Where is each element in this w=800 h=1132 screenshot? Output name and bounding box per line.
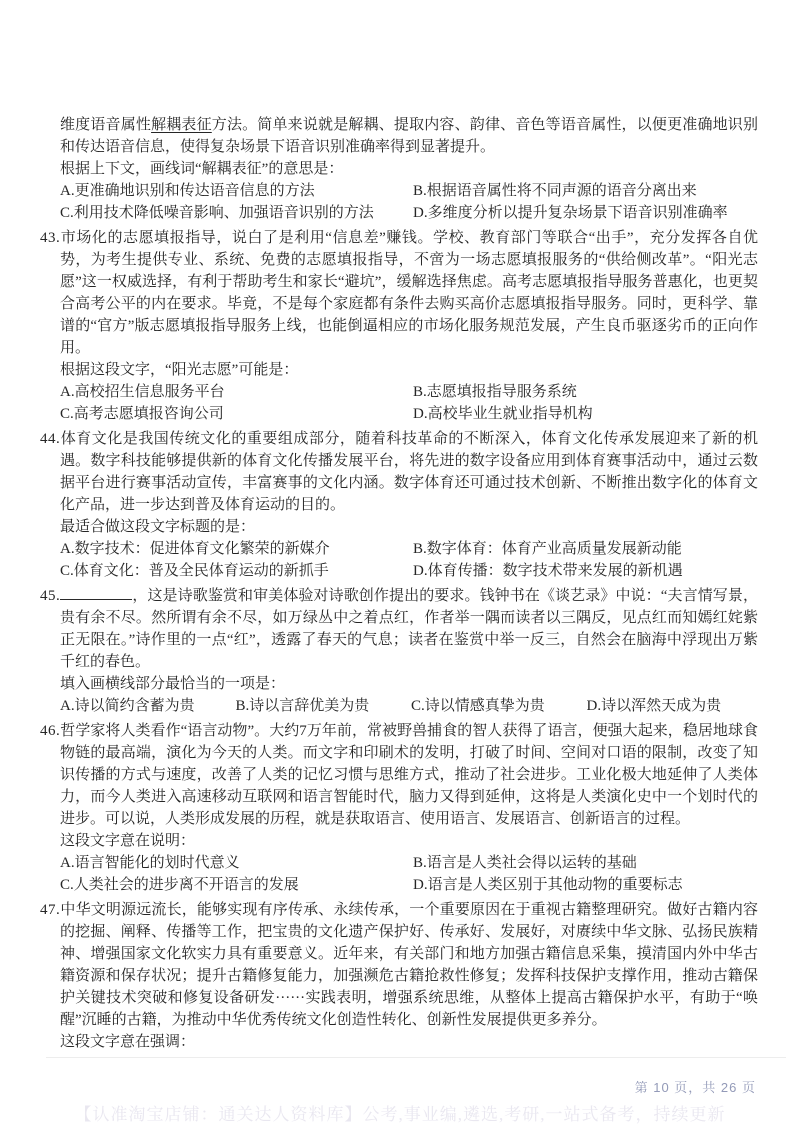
question-stem: 根据这段文字，“阳光志愿”可能是： bbox=[60, 359, 758, 381]
option-b: B.语言是人类社会得以运转的基础 bbox=[413, 852, 758, 874]
question-passage: 43.市场化的志愿填报指导，说白了是利用“信息差”赚钱。学校、教育部门等联合“出… bbox=[60, 227, 758, 359]
question-stem: 最适合做这段文字标题的是： bbox=[60, 516, 758, 538]
question-passage: 45.，这是诗歌鉴赏和审美体验对诗歌创作提出的要求。钱钟书在《谈艺录》中说：“夫… bbox=[60, 585, 758, 673]
question-stem: 这段文字意在说明： bbox=[60, 830, 758, 852]
option-c: C.高考志愿填报咨询公司 bbox=[60, 403, 405, 425]
question-block-45: 45.，这是诗歌鉴赏和审美体验对诗歌创作提出的要求。钱钟书在《谈艺录》中说：“夫… bbox=[60, 585, 758, 717]
question-passage: 44.体育文化是我国传统文化的重要组成部分，随着科技革命的不断深入，体育文化传承… bbox=[60, 428, 758, 516]
option-a: A.数字技术：促进体育文化繁荣的新媒介 bbox=[60, 538, 405, 560]
option-d: D.多维度分析以提升复杂场景下语音识别准确率 bbox=[413, 202, 758, 224]
question-number: 46. bbox=[40, 723, 60, 739]
passage-text: 体育文化是我国传统文化的重要组成部分，随着科技革命的不断深入，体育文化传承发展迎… bbox=[60, 431, 758, 513]
passage-text: ，这是诗歌鉴赏和审美体验对诗歌创作提出的要求。钱钟书在《谈艺录》中说：“夫言情写… bbox=[60, 588, 758, 670]
page-number: 第 10 页，共 26 页 bbox=[635, 1077, 756, 1096]
passage-text: 哲学家将人类看作“语言动物”。大约7万年前，常被野兽捕食的智人获得了语言，便强大… bbox=[60, 723, 758, 827]
question-block-43: 43.市场化的志愿填报指导，说白了是利用“信息差”赚钱。学校、教育部门等联合“出… bbox=[60, 227, 758, 425]
question-block-continuation: 维度语音属性解耦表征方法。简单来说就是解耦、提取内容、韵律、音色等语音属性，以便… bbox=[60, 114, 758, 224]
question-number: 45. bbox=[40, 588, 60, 604]
passage-text: 市场化的志愿填报指导，说白了是利用“信息差”赚钱。学校、教育部门等联合“出手”，… bbox=[60, 230, 758, 356]
question-block-44: 44.体育文化是我国传统文化的重要组成部分，随着科技革命的不断深入，体育文化传承… bbox=[60, 428, 758, 582]
option-d: D.语言是人类区别于其他动物的重要标志 bbox=[413, 874, 758, 896]
options-grid: A.诗以简约含蓄为贵 B.诗以言辞优美为贵 C.诗以情感真挚为贵 D.诗以浑然天… bbox=[60, 695, 758, 717]
option-c: C.人类社会的进步离不开语言的发展 bbox=[60, 874, 405, 896]
exam-page-content: 维度语音属性解耦表征方法。简单来说就是解耦、提取内容、韵律、音色等语音属性，以便… bbox=[60, 114, 758, 1053]
option-a: A.高校招生信息服务平台 bbox=[60, 381, 405, 403]
question-passage: 47.中华文明源远流长，能够实现有序传承、永续传承，一个重要原因在于重视古籍整理… bbox=[60, 899, 758, 1031]
options-grid: A.语言智能化的划时代意义 B.语言是人类社会得以运转的基础 C.人类社会的进步… bbox=[60, 852, 758, 896]
watermark-text: 【认准淘宝店铺：通关达人资料库】公考,事业编,遴选,考研,一站式备考，持续更新 bbox=[0, 1100, 800, 1125]
options-grid: A.数字技术：促进体育文化繁荣的新媒介 B.数字体育：体育产业高质量发展新动能 … bbox=[60, 538, 758, 582]
option-c: C.体育文化：普及全民体育运动的新抓手 bbox=[60, 560, 405, 582]
option-d: D.体育传播：数字技术带来发展的新机遇 bbox=[413, 560, 758, 582]
option-d: D.高校毕业生就业指导机构 bbox=[413, 403, 758, 425]
blank-underline bbox=[60, 586, 132, 600]
option-c: C.诗以情感真挚为贵 bbox=[411, 695, 583, 717]
question-passage: 维度语音属性解耦表征方法。简单来说就是解耦、提取内容、韵律、音色等语音属性，以便… bbox=[60, 114, 758, 158]
question-block-47: 47.中华文明源远流长，能够实现有序传承、永续传承，一个重要原因在于重视古籍整理… bbox=[60, 899, 758, 1053]
option-a: A.诗以简约含蓄为贵 bbox=[60, 695, 232, 717]
option-a: A.语言智能化的划时代意义 bbox=[60, 852, 405, 874]
option-b: B.根据语音属性将不同声源的语音分离出来 bbox=[413, 180, 758, 202]
option-b: B.数字体育：体育产业高质量发展新动能 bbox=[413, 538, 758, 560]
option-d: D.诗以浑然天成为贵 bbox=[587, 695, 759, 717]
passage-text: 中华文明源远流长，能够实现有序传承、永续传承，一个重要原因在于重视古籍整理研究。… bbox=[60, 902, 758, 1028]
question-number: 47. bbox=[40, 902, 60, 918]
question-passage: 46.哲学家将人类看作“语言动物”。大约7万年前，常被野兽捕食的智人获得了语言，… bbox=[60, 720, 758, 830]
options-grid: A.高校招生信息服务平台 B.志愿填报指导服务系统 C.高考志愿填报咨询公司 D… bbox=[60, 381, 758, 425]
question-stem: 根据上下文，画线词“解耦表征”的意思是： bbox=[60, 158, 758, 180]
option-b: B.诗以言辞优美为贵 bbox=[236, 695, 408, 717]
underlined-term: 解耦表征 bbox=[151, 117, 212, 133]
footer-divider bbox=[46, 1057, 786, 1058]
option-b: B.志愿填报指导服务系统 bbox=[413, 381, 758, 403]
question-stem: 这段文字意在强调： bbox=[60, 1031, 758, 1053]
options-grid: A.更准确地识别和传达语音信息的方法 B.根据语音属性将不同声源的语音分离出来 … bbox=[60, 180, 758, 224]
option-c: C.利用技术降低噪音影响、加强语音识别的方法 bbox=[60, 202, 405, 224]
passage-text-pre: 维度语音属性 bbox=[60, 117, 151, 133]
option-a: A.更准确地识别和传达语音信息的方法 bbox=[60, 180, 405, 202]
question-block-46: 46.哲学家将人类看作“语言动物”。大约7万年前，常被野兽捕食的智人获得了语言，… bbox=[60, 720, 758, 896]
question-number: 44. bbox=[40, 431, 60, 447]
question-stem: 填入画横线部分最恰当的一项是： bbox=[60, 673, 758, 695]
question-number: 43. bbox=[40, 230, 60, 246]
